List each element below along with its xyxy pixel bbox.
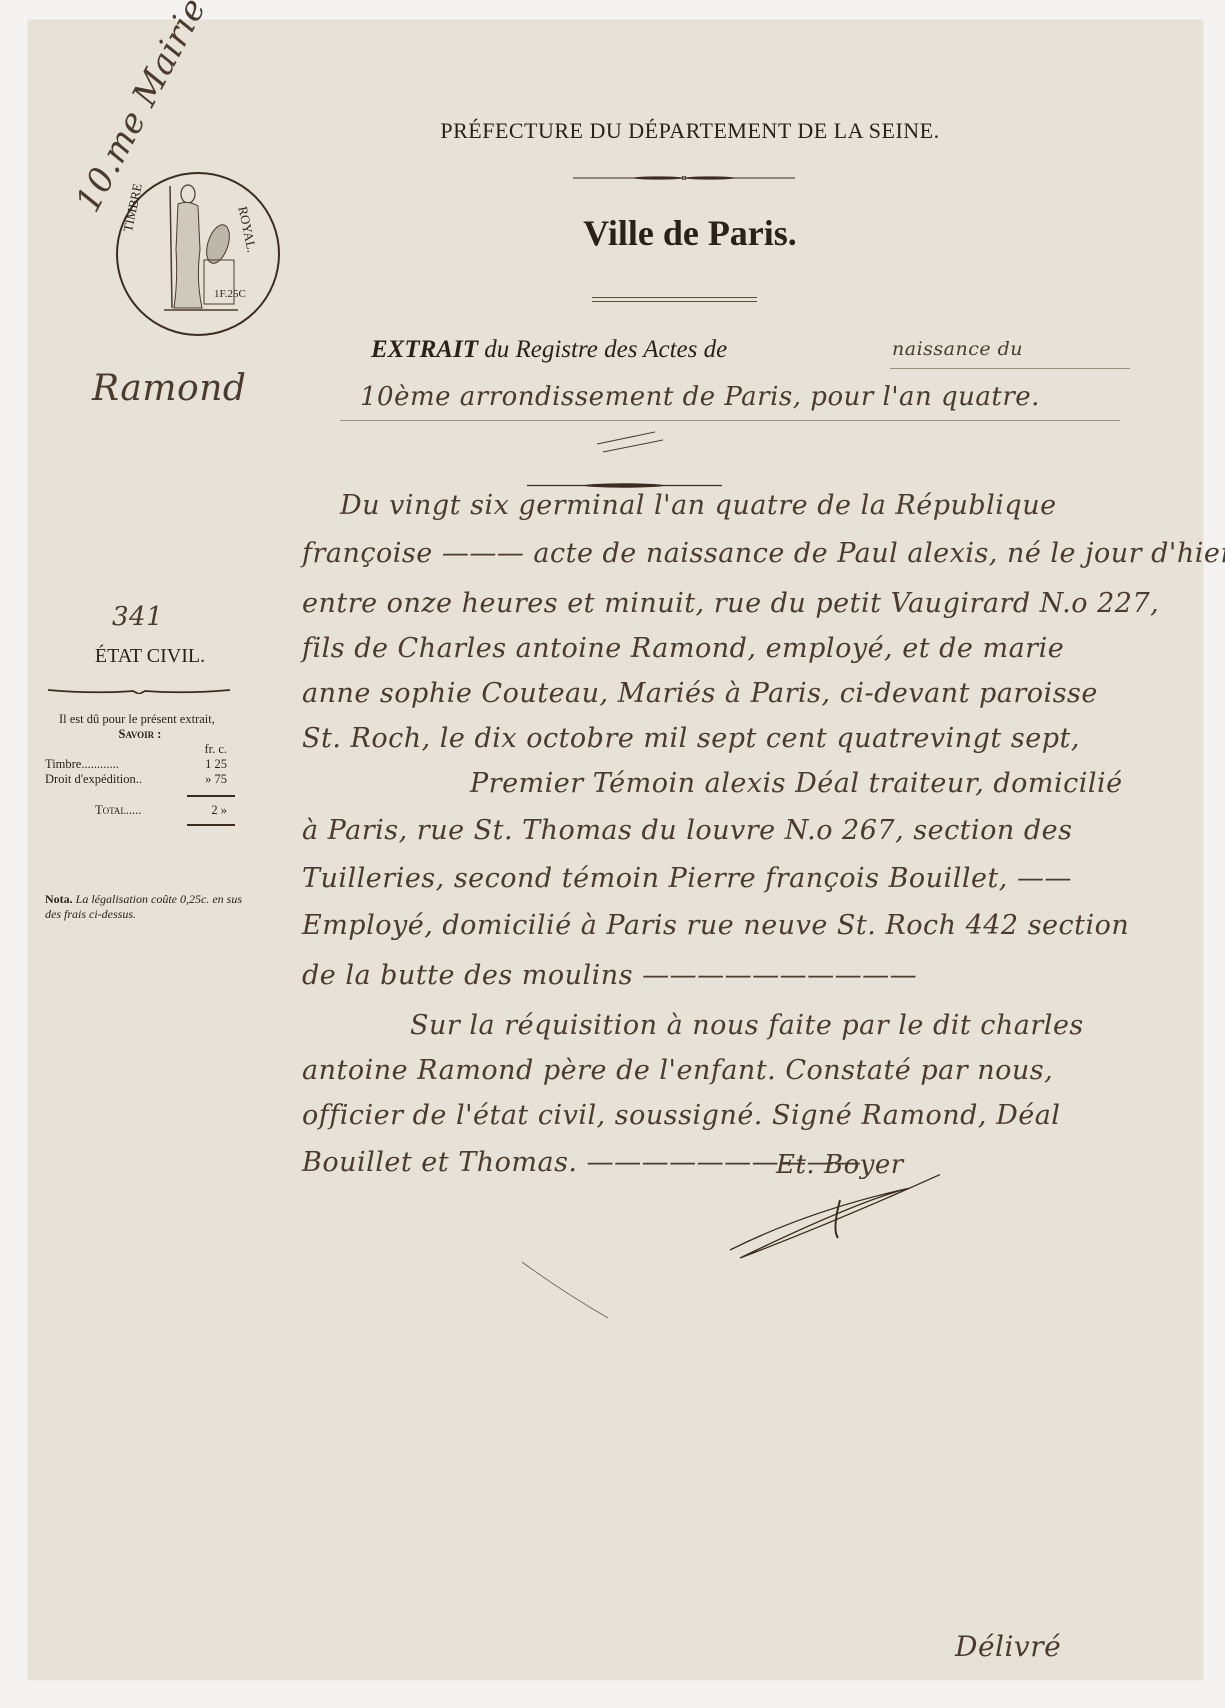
extrait-fill-2: 10ème arrondissement de Paris, pour l'an…	[360, 382, 1040, 412]
savoir-label: Savoir :	[45, 727, 235, 742]
stamp-value: 1F.25C	[214, 288, 246, 300]
body-line: fils de Charles antoine Ramond, employé,…	[302, 633, 1064, 664]
divider-ornament	[573, 176, 795, 180]
body-line: entre onze heures et minuit, rue du peti…	[302, 588, 1159, 619]
body-line: de la butte des moulins ——————————	[302, 960, 917, 991]
fees-intro: Il est dû pour le présent extrait,	[45, 712, 235, 727]
body-divider-ornament	[527, 483, 722, 488]
nota-block: Nota. La légalisation coûte 0,25c. en su…	[45, 892, 245, 922]
fees-table: Il est dû pour le présent extrait, Savoi…	[45, 712, 235, 826]
hand-double-strike	[595, 428, 665, 454]
body-line: Tuilleries, second témoin Pierre françoi…	[302, 863, 1072, 894]
body-line: officier de l'état civil, soussigné. Sig…	[302, 1100, 1060, 1131]
body-line: antoine Ramond père de l'enfant. Constat…	[302, 1055, 1053, 1086]
extrait-bold: EXTRAIT	[371, 336, 478, 363]
body-line: anne sophie Couteau, Mariés à Paris, ci-…	[302, 678, 1098, 709]
stray-pen-stroke	[520, 1260, 610, 1320]
total-label: Total.....	[95, 803, 142, 818]
body-line: à Paris, rue St. Thomas du louvre N.o 26…	[302, 815, 1073, 846]
fee-amount: » 75	[205, 772, 235, 787]
nota-label: Nota.	[45, 892, 73, 906]
body-line: Du vingt six germinal l'an quatre de la …	[340, 490, 1057, 521]
fee-label: Timbre............	[45, 757, 119, 772]
extrait-title: EXTRAIT du Registre des Actes de	[371, 336, 727, 364]
prefecture-heading: PRÉFECTURE DU DÉPARTEMENT DE LA SEINE.	[340, 118, 1040, 144]
register-number: 341	[112, 602, 163, 632]
margin-name: Ramond	[92, 368, 246, 409]
etat-civil-heading: ÉTAT CIVIL.	[60, 645, 240, 668]
body-line: Sur la réquisition à nous faite par le d…	[410, 1010, 1084, 1041]
signature-flourish-icon	[720, 1160, 940, 1270]
body-line: françoise ——— acte de naissance de Paul …	[302, 538, 1225, 569]
body-line: St. Roch, le dix octobre mil sept cent q…	[302, 723, 1080, 754]
fill-rule-2	[340, 420, 1120, 421]
total-rule-top	[187, 795, 235, 797]
body-line: Employé, domicilié à Paris rue neuve St.…	[302, 910, 1129, 941]
delivre-annotation: Délivré	[955, 1630, 1061, 1663]
body-line: Premier Témoin alexis Déal traiteur, dom…	[470, 768, 1123, 799]
etat-civil-ornament	[48, 688, 230, 694]
extrait-rest: du Registre des Actes de	[484, 336, 727, 363]
fee-row-total: Total..... 2 »	[45, 803, 235, 818]
fee-amount: 1 25	[205, 757, 235, 772]
units-label: fr. c.	[45, 742, 235, 757]
extrait-fill-1: naissance du	[892, 338, 1023, 360]
fee-row-expedition: Droit d'expédition.. » 75	[45, 772, 235, 787]
city-heading: Ville de Paris.	[340, 212, 1040, 254]
total-rule-bottom	[187, 824, 235, 826]
fee-row-timbre: Timbre............ 1 25	[45, 757, 235, 772]
nota-text: La légalisation coûte 0,25c. en sus des …	[45, 892, 242, 921]
double-rule-divider	[592, 297, 757, 302]
total-amount: 2 »	[211, 803, 235, 818]
fee-label: Droit d'expédition..	[45, 772, 142, 787]
fill-rule-1	[890, 368, 1130, 369]
